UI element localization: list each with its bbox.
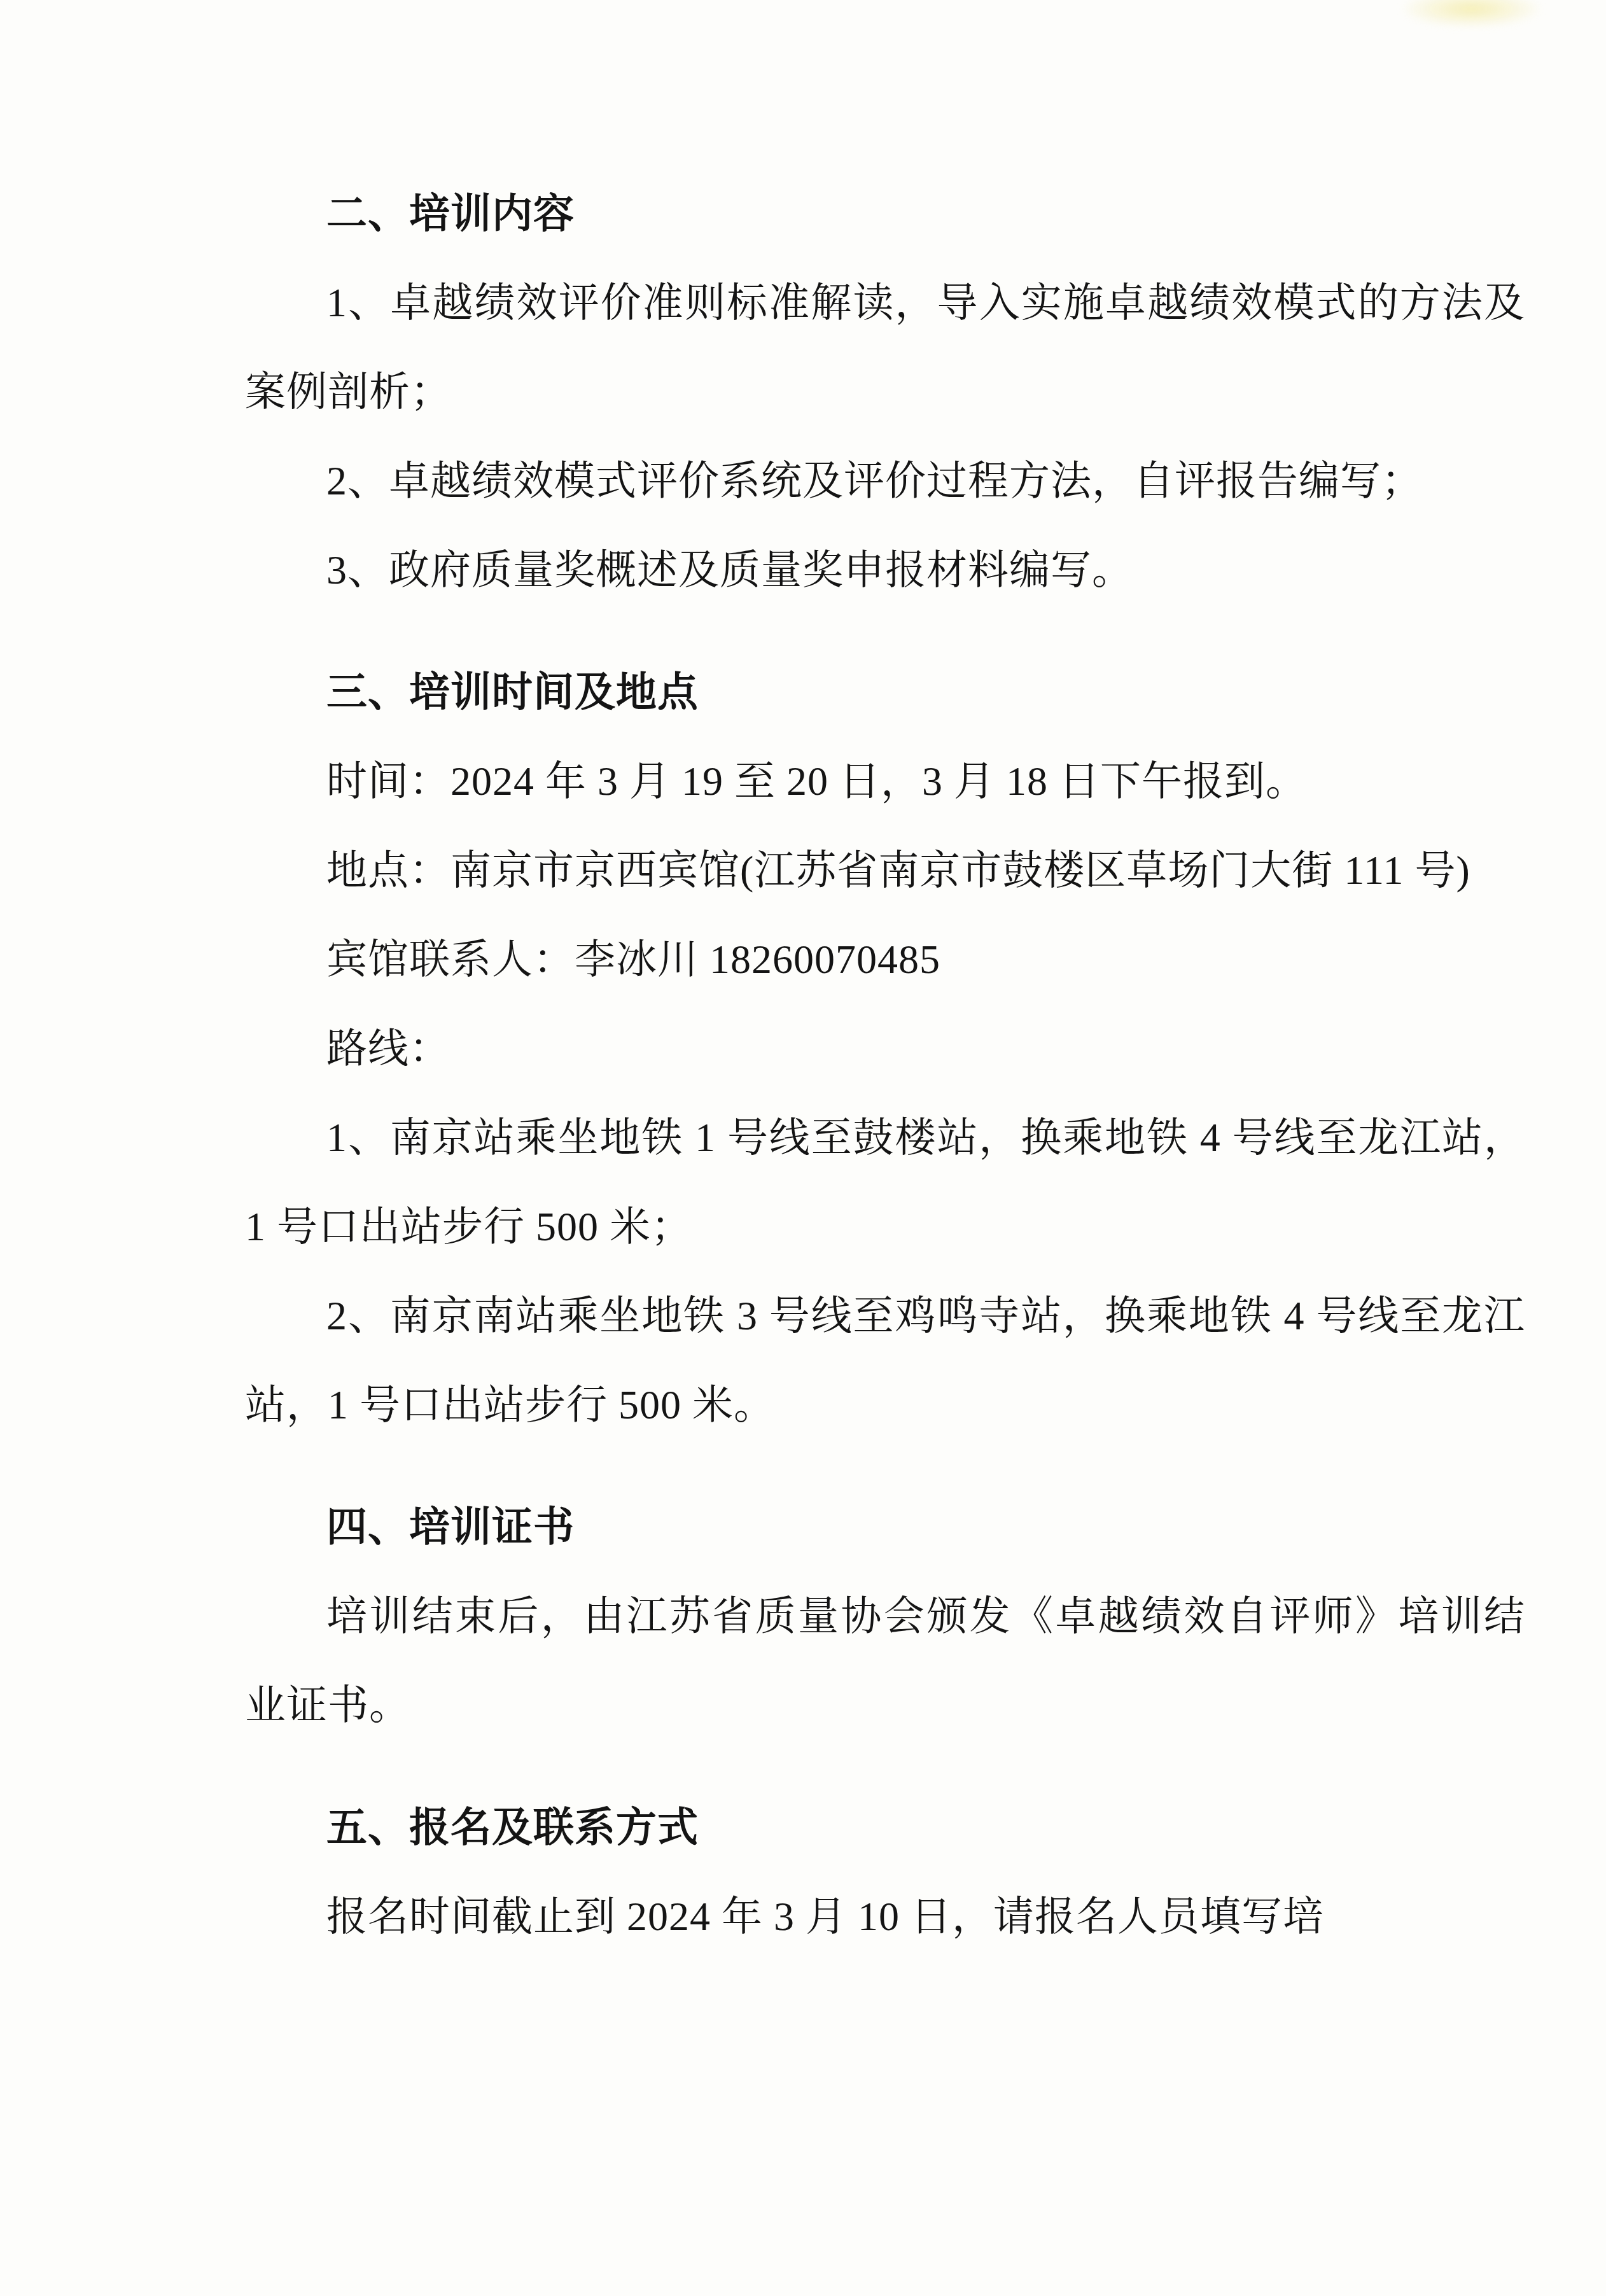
section-heading: 四、培训证书 <box>245 1483 1525 1572</box>
paragraph: 2、卓越绩效模式评价系统及评价过程方法，自评报告编写； <box>245 437 1525 526</box>
paragraph: 1、卓越绩效评价准则标准解读，导入实施卓越绩效模式的方法及案例剖析； <box>245 258 1525 437</box>
paragraph: 培训结束后，由江苏省质量协会颁发《卓越绩效自评师》培训结业证书。 <box>245 1572 1525 1750</box>
section-heading: 二、培训内容 <box>245 169 1525 258</box>
paragraph: 报名时间截止到 2024 年 3 月 10 日，请报名人员填写培 <box>245 1872 1525 1961</box>
document-page: 二、培训内容1、卓越绩效评价准则标准解读，导入实施卓越绩效模式的方法及案例剖析；… <box>0 0 1606 2296</box>
paragraph: 宾馆联系人：李冰川 18260070485 <box>245 915 1525 1004</box>
section-heading: 五、报名及联系方式 <box>245 1783 1525 1872</box>
paragraph: 地点：南京市京西宾馆(江苏省南京市鼓楼区草场门大街 111 号) <box>245 826 1525 915</box>
paragraph: 3、政府质量奖概述及质量奖申报材料编写。 <box>245 526 1525 615</box>
paragraph: 时间：2024 年 3 月 19 至 20 日，3 月 18 日下午报到。 <box>245 737 1525 826</box>
paragraph: 1、南京站乘坐地铁 1 号线至鼓楼站，换乘地铁 4 号线至龙江站，1 号口出站步… <box>245 1093 1525 1271</box>
section-heading: 三、培训时间及地点 <box>245 648 1525 737</box>
document-body: 二、培训内容1、卓越绩效评价准则标准解读，导入实施卓越绩效模式的方法及案例剖析；… <box>245 169 1525 1961</box>
paragraph: 路线： <box>245 1004 1525 1093</box>
paragraph: 2、南京南站乘坐地铁 3 号线至鸡鸣寺站，换乘地铁 4 号线至龙江站，1 号口出… <box>245 1271 1525 1450</box>
scan-artifact-smudge <box>1400 0 1543 28</box>
